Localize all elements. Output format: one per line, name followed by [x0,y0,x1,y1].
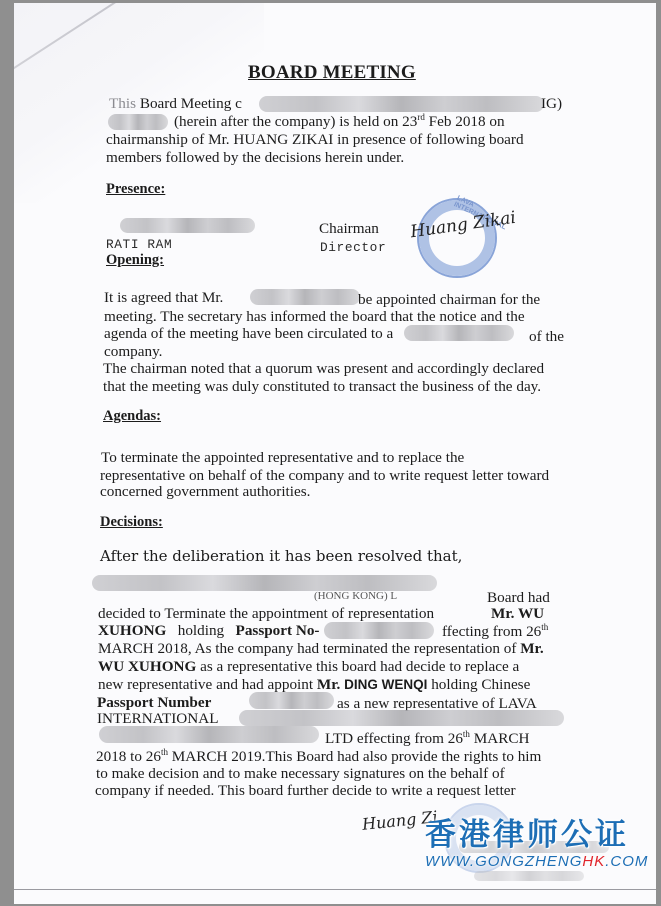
decisions-line-3: XUHONG holding Passport No- [98,622,320,639]
opening-line-1a: It is agreed that Mr. [104,289,223,306]
decisions-line-11: to make decision and to make necessary s… [96,765,505,782]
decisions-line-5: WU XUHONG as a representative this board… [98,658,519,675]
presence-role-director: Director [320,239,386,256]
presence-heading: Presence: [106,181,165,198]
redacted-footer-2 [474,871,584,881]
watermark-url: WWW.GONGZHENGHK.COM [425,853,648,870]
decisions-line-8: INTERNATIONAL [97,710,218,727]
opening-line-2: meeting. The secretary has informed the … [104,308,525,325]
decisions-resolved: After the deliberation it has been resol… [100,548,462,565]
agendas-heading: Agendas: [103,408,161,425]
redacted-passport-number-2 [249,692,334,709]
decisions-line-1-tail: Board had [487,589,550,606]
decisions-heading: Decisions: [100,514,163,531]
opening-heading: Opening: [106,252,164,269]
redacted-passport-number-1 [324,622,434,639]
document-title: BOARD MEETING [248,62,416,84]
intro-line-4: members followed by the decisions herein… [106,149,404,166]
opening-line-4: company. [104,343,162,360]
opening-line-3a: agenda of the meeting have been circulat… [104,325,393,342]
redacted-company-name [259,96,544,112]
opening-line-1b: be appointed chairman for the [358,291,540,308]
redacted-chair-name [250,289,360,305]
presence-name-director: RATI RAM [106,236,172,253]
decisions-line-9: LTD effecting from 26th MARCH [325,730,529,747]
page-bottom-edge [14,889,656,890]
opening-line-6: that the meeting was duly constituted to… [103,378,541,395]
agendas-line-1: To terminate the appointed representativ… [101,449,464,466]
decisions-line-1-partial: (HONG KONG) L [314,588,397,605]
opening-line-3b: of the [529,328,564,345]
opening-line-5: The chairman noted that a quorum was pre… [103,360,544,377]
decisions-line-4: MARCH 2018, As the company had terminate… [98,640,544,657]
watermark-chinese-text: 香港律师公证 [425,809,629,854]
redacted-chairman-name [120,218,255,233]
scanned-document-page: BOARD MEETING This Board Meeting c ΙG) (… [14,3,656,904]
decisions-line-6: new representative and had appoint Mr. D… [98,676,530,693]
redacted-company-suffix [108,114,168,130]
decisions-line-10: 2018 to 26th MARCH 2019.This Board had a… [96,748,541,765]
presence-role-chairman: Chairman [319,220,379,237]
decisions-line-3-end: ffecting from 26th [442,623,548,640]
intro-line-2: (herein after the company) is held on 23… [174,113,505,130]
intro-line-3: chairmanship of Mr. HUANG ZIKAI in prese… [106,131,524,148]
redacted-company-name-3 [239,710,564,726]
redacted-company-name-4 [99,726,319,743]
decisions-line-2-bold: Mr. WU [491,605,544,622]
redacted-recipients [404,325,514,341]
intro-line-1: This Board Meeting c [109,95,242,112]
decisions-line-12: company if needed. This board further de… [95,782,516,799]
decisions-line-2: decided to Terminate the appointment of … [98,605,434,622]
intro-line-1-end: ΙG) [541,95,562,112]
agendas-line-3: concerned government authorities. [100,483,310,500]
agendas-line-2: representative on behalf of the company … [100,467,549,484]
decisions-line-7a: Passport Number [97,694,211,711]
